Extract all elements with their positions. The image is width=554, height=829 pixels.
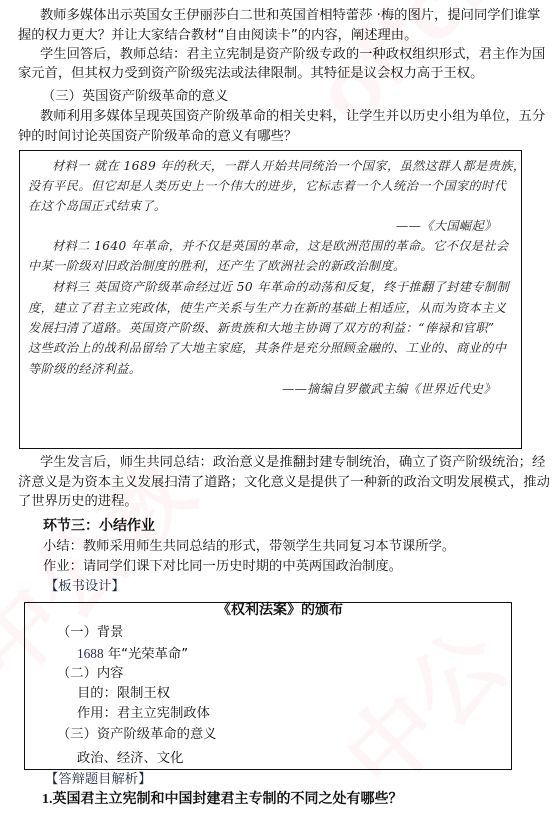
materials-box: 材料一 就在 1689 年的秋天，一群人开始共同统治一个国家，虽然这群人都是贵族… — [19, 150, 522, 449]
material-3-line: 等阶级的经济利益。 — [28, 359, 141, 379]
paragraph-line: 握的权力更大？并让大家结合教材“自由阅读卡”的内容，阐述理由。 — [18, 26, 417, 46]
year-number: 1688 — [77, 646, 104, 661]
material-3-source: ——摘编自罗徽武主编《世界近代史》 — [282, 379, 496, 399]
board-item: （一）背景 — [57, 623, 123, 643]
paragraph-line: 济意义是为资本主义发展扫清了道路；文化意义是提供了一种新的政治文明发展模式，推动 — [18, 473, 550, 493]
material-1-line: 材料一 就在 1689 年的秋天，一群人开始共同统治一个国家，虽然这群人都是贵族… — [52, 156, 525, 176]
question-1: 1.英国君主立宪制和中国封建君主专制的不同之处有哪些？ — [42, 790, 403, 810]
material-1-source: ——《大国崛起》 — [396, 216, 497, 236]
paragraph-line: 教师利用多媒体呈现英国资产阶级革命的相关史料，让学生并以历史小组为单位，五分 — [40, 107, 545, 127]
board-design-header: 【板书设计】 — [45, 577, 125, 597]
material-3-line: 材料三 英国资产阶级革命经过近 50 年革命的动荡和反复，终于推翻了封建专制制 — [52, 277, 509, 297]
paragraph-line: 了世界历史的进程。 — [18, 492, 138, 512]
paragraph-line: 家元首，但其权力受到资产阶级宪法或法律限制。其特征是议会权力高于王权。 — [18, 64, 483, 84]
board-item: 1688 年“光荣革命” — [77, 644, 188, 664]
board-design-box: 《权利法案》的颁布 （一）背景 1688 年“光荣革命” （二）内容 目的：限制… — [24, 602, 512, 770]
material-1-line: 没有平民。但它却是人类历史上一个伟大的进步，它标志着一个人统治一个国家的时代 — [28, 176, 506, 196]
paragraph-line: 学生发言后，师生共同总结：政治意义是推翻封建专制统治，确立了资产阶级统治；经 — [40, 453, 545, 473]
board-item: 目的：限制王权 — [77, 684, 170, 704]
answer-analysis-header: 【答辩题目解析】 — [45, 770, 151, 790]
board-title: 《权利法案》的颁布 — [217, 601, 343, 621]
material-3-line: 度，建立了君主立宪政体，使生产关系与生产力在新的基础上相适应，从而为资本主义 — [28, 298, 506, 318]
section-title: （三）英国资产阶级革命的意义 — [42, 87, 228, 107]
step-title: 环节三：小结作业 — [43, 517, 155, 537]
paragraph-line: 钟的时间讨论英国资产阶级革命的意义有哪些？ — [18, 127, 297, 147]
board-item: （二）内容 — [57, 664, 123, 684]
material-2-line: 材料二 1640 年革命，并不仅是英国的革命，这是欧洲范围的革命。它不仅是社会 — [52, 236, 509, 256]
board-item: （三）资产阶级革命的意义 — [57, 725, 217, 745]
material-3-line: 这些政治上的战利品留给了大地主家庭，其条件是充分照顾金融的、工业的、商业的中 — [28, 338, 506, 358]
board-item: 作用：君主立宪制政体 — [77, 704, 210, 724]
material-3-line: 发展扫清了道路。英国资产阶级、新贵族和大地主协调了双方的利益：“俸禄和官职” — [28, 318, 494, 338]
board-item: 政治、经济、文化 — [77, 749, 183, 769]
material-2-line: 中某一阶级对旧政治制度的胜利，还产生了欧洲社会的新政治制度。 — [28, 256, 406, 276]
recap-text: 小结：教师采用师生共同总结的形式，带领学生共同复习本节课所学。 — [43, 537, 455, 557]
homework-text: 作业：请同学们课下对比同一历史时期的中英两国政治制度。 — [43, 557, 402, 577]
paragraph-line: 学生回答后，教师总结：君主立宪制是资产阶级专政的一种政权组织形式，君主作为国 — [40, 45, 545, 65]
board-item-text: 年“光荣革命” — [104, 647, 189, 662]
paragraph-line: 教师多媒体出示英国女王伊丽莎白二世和英国首相特蕾莎 ·梅的图片，提问同学们谁掌 — [40, 6, 540, 26]
material-1-line: 在这个岛国正式结束了。 — [28, 196, 166, 216]
